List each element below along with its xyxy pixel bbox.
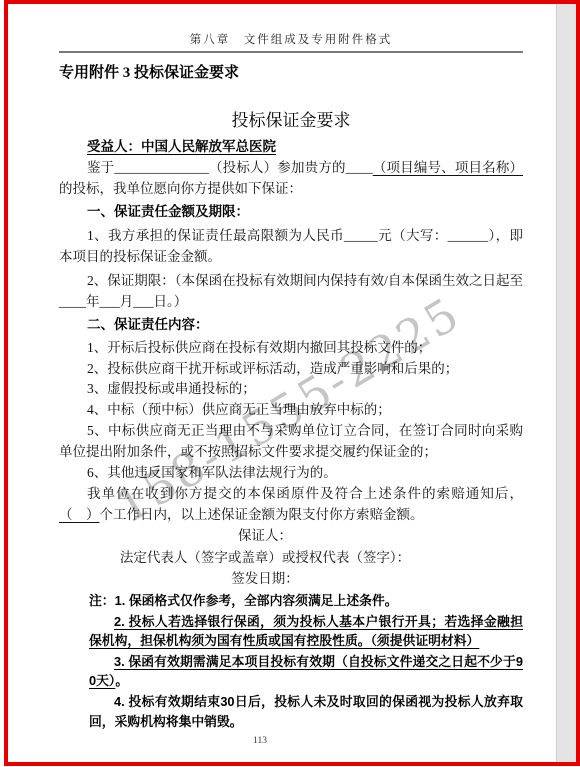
- section2-band: 二、保证责任内容： 1、开标后投标供应商在投标有效期内撤回其投标文件的； 2、投…: [59, 315, 523, 526]
- section2-item-4: 4、中标（预中标）供应商无正当理由放弃中标的；: [59, 400, 523, 421]
- s1i2-seg4: 日。）: [154, 294, 188, 309]
- s1i2-seg2: 年: [86, 294, 100, 309]
- note-3: 3. 保函有效期需满足本项目投标有效期（自投标文件递交之日起不少于90天）。: [89, 652, 523, 691]
- day-blank-field: ___: [133, 294, 153, 309]
- page-edge-strip: [556, 4, 576, 762]
- intro-seg4: 的投标，我单位愿向你方提供如下保证：: [59, 181, 302, 196]
- claim-seg2: 个工作日内，以上述保证金额为限支付你方索赔金额。: [100, 507, 424, 522]
- section2-item-3: 3、虚假投标或串通投标的；: [59, 379, 523, 400]
- workdays-blank-field: （ ）: [59, 507, 100, 522]
- signature-band: 保证人： 法定代表人（签字或盖章）或授权代表（签字）： 签发日期：: [59, 525, 523, 590]
- month-blank-field: ___: [100, 294, 120, 309]
- bidder-blank-field: ______________: [114, 160, 209, 175]
- project-name-label: （项目编号、项目名称）: [373, 160, 523, 175]
- section2-item-2: 2、投标供应商干扰开标或评标活动，造成严重影响和后果的；: [59, 359, 523, 380]
- amount-blank-field: _____: [344, 228, 378, 243]
- section2-heading: 二、保证责任内容：: [59, 315, 523, 336]
- document-page: 158-1555-2225 第八章 文件组成及专用附件格式 专用附件 3 投标保…: [0, 0, 580, 767]
- header-band: 第八章 文件组成及专用附件格式 专用附件 3 投标保证金要求 投标保证金要求: [59, 33, 523, 133]
- section2-item-5: 5、中标供应商无正当理由不与采购单位订立合同，在签订合同时向采购单位提出附加条件…: [59, 421, 523, 463]
- note-3-text: 3. 保函有效期需满足本项目投标有效期（自投标文件递交之日起不少于90天）: [89, 654, 523, 689]
- note-1: 注：1. 保函格式仅作参考，全部内容须满足上述条件。: [89, 591, 523, 611]
- representative-line: 法定代表人（签字或盖章）或授权代表（签字）：: [59, 547, 523, 569]
- s1i2-seg1: 2、保证期限：（本保函在投标有效期间内保持有效/自本保函生效之日起至: [87, 273, 523, 288]
- page-number: 113: [59, 735, 523, 747]
- guarantor-line: 保证人：: [59, 525, 523, 547]
- section1-heading: 一、保证责任金额及期限：: [59, 202, 523, 223]
- intro-band: 受益人：中国人民解放军总医院 鉴于______________（投标人）参加贵方…: [59, 137, 523, 312]
- attachment-heading: 专用附件 3 投标保证金要求: [59, 63, 523, 83]
- section2-item-1: 1、开标后投标供应商在投标有效期内撤回其投标文件的；: [59, 338, 523, 359]
- section1-item1: 1、我方承担的保证责任最高限额为人民币_____元（大写：______），即本项…: [59, 226, 523, 268]
- intro-seg2: （投标人）参加贵方的: [209, 160, 346, 175]
- s1i1-seg2: 元（大写：: [378, 228, 448, 243]
- amount-words-blank-field: ______: [448, 228, 489, 243]
- chapter-header: 第八章 文件组成及专用附件格式: [59, 33, 523, 47]
- beneficiary-line: 受益人：中国人民解放军总医院: [59, 137, 523, 158]
- claim-seg1: 我单位在收到你方提交的本保函原件及符合上述条件的索赔通知后，: [87, 486, 523, 501]
- footer-band: 113: [59, 735, 523, 747]
- year-blank-field: ____: [59, 294, 86, 309]
- intro-seg1: 鉴于: [87, 160, 114, 175]
- note-3-tail: 。: [115, 673, 128, 688]
- claim-paragraph: 我单位在收到你方提交的本保函原件及符合上述条件的索赔通知后，（ ）个工作日内，以…: [59, 484, 523, 526]
- project-blank-field: ____: [346, 160, 373, 175]
- note-2-text: 2. 投标人若选择银行保函，须为投标人基本户银行开具；若选择金融担保机构，担保机…: [89, 614, 523, 649]
- section1-item2: 2、保证期限：（本保函在投标有效期间内保持有效/自本保函生效之日起至____年_…: [59, 271, 523, 313]
- intro-paragraph: 鉴于______________（投标人）参加贵方的____（项目编号、项目名称…: [59, 158, 523, 200]
- header-rule: [59, 51, 523, 53]
- s1i2-seg3: 月: [120, 294, 134, 309]
- beneficiary-text: 受益人：中国人民解放军总医院: [87, 139, 276, 154]
- note-2: 2. 投标人若选择银行保函，须为投标人基本户银行开具；若选择金融担保机构，担保机…: [89, 612, 523, 651]
- document-title: 投标保证金要求: [59, 109, 523, 133]
- section2-item-6: 6、其他违反国家和军队法律法规行为的。: [59, 463, 523, 484]
- notes-band: 注：1. 保函格式仅作参考，全部内容须满足上述条件。 2. 投标人若选择银行保函…: [59, 590, 523, 731]
- note-4: 4. 投标有效期结束30日后，投标人未及时取回的保函视为投标人放弃取回，采购机构…: [89, 692, 523, 731]
- issue-date-line: 签发日期：: [59, 568, 523, 590]
- s1i1-seg1: 1、我方承担的保证责任最高限额为人民币: [87, 228, 344, 243]
